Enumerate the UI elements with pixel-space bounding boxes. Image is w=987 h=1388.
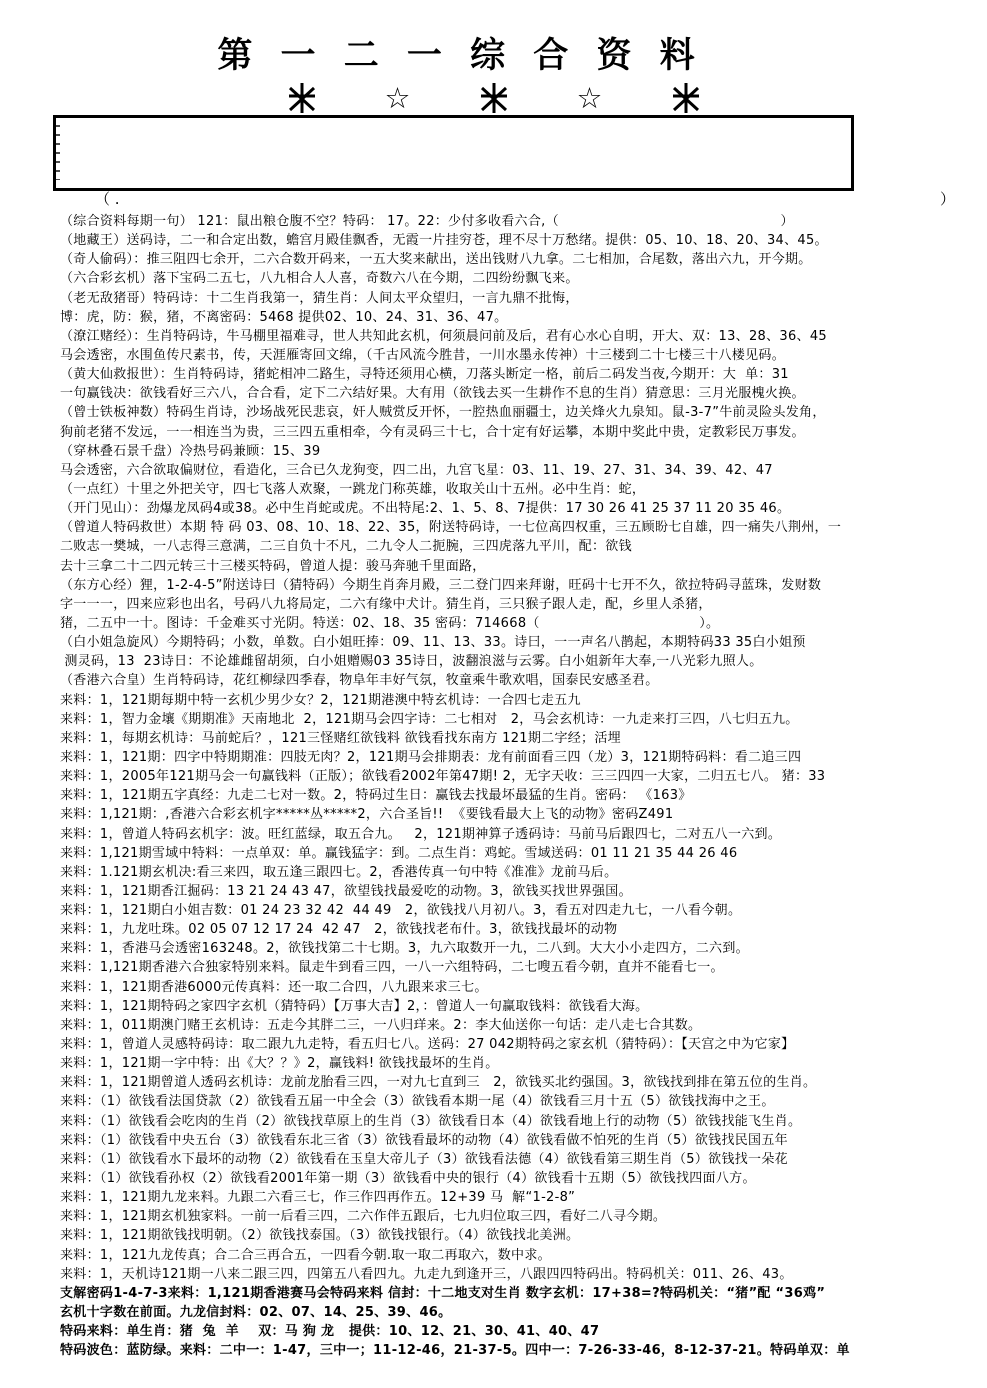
star-icon: ☆ bbox=[577, 83, 603, 113]
text-line: 来料：1，121期每期中特一玄机少男少女？2，121期港澳中特玄机诗：一合四七走… bbox=[60, 691, 980, 710]
text-line: 马会透密，六合欲取偏财位，看造化，三合已久龙狗变，四二出，九宫飞星：03、11、… bbox=[60, 461, 980, 480]
text-line: 来料：1，121九龙传真；合二合三再合五，一四看今朝.取一取二再取六，数中求。 bbox=[60, 1246, 980, 1265]
header-box bbox=[53, 115, 854, 191]
body-lines: （综合资料每期一句） 121：鼠出粮仓腹不空？特码： 17。22：少付多收看六合… bbox=[60, 212, 980, 1360]
text-line: 来料：（1）欲钱看水下最坏的动物（2）欲钱看在玉皇大帝儿子（3）欲钱看法德（4）… bbox=[60, 1150, 980, 1169]
open-paren: （ . bbox=[95, 190, 120, 208]
text-line: 二败志一樊城，一八志得三意满，二三自负十不凡，二九令人二扼腕，三四虎落九平川，配… bbox=[60, 537, 980, 556]
text-line: 来料：1,121期：,香港六合彩玄机字*****丛*****2，六合圣旨!! 《… bbox=[60, 805, 980, 824]
text-line: （地藏王）送码诗，二一和合定出数，蟾宫月殿佳飘香，无霞一片挂穷苍，理不尽十万愁绪… bbox=[60, 231, 980, 250]
text-line: （穿林叠石景千盘）冷热号码兼顾：15、39 bbox=[60, 442, 980, 461]
text-line: 测灵码，13 23诗日：不论雄雌留胡须，白小姐赠赐03 35诗日，波翻浪滋与云雾… bbox=[60, 652, 980, 671]
text-line: （黄大仙救报世）：生肖特码诗，猪蛇相冲二路生，寻特还须用心横，刀落头断定一格，前… bbox=[60, 365, 980, 384]
text-line: 来料：1，天机诗121期一八来二跟三四，四第五八看四九。九走九到逢开三，八跟四四… bbox=[60, 1265, 980, 1284]
text-line: （老无敌猪哥）特码诗：十二生肖我第一，猜生肖：人间太平众望归，一言九鼎不批悔， bbox=[60, 289, 980, 308]
text-line: 来料：（1）欲钱看会吃肉的生肖（2）欲钱找草原上的生肖（3）欲钱看日本（4）欲钱… bbox=[60, 1112, 980, 1131]
text-line: （开门见山）：劲爆龙凤码4或38。必中生肖蛇或虎。不出特尾:2、1、5、8、7提… bbox=[60, 499, 980, 518]
scan-artifact bbox=[56, 125, 60, 180]
text-line: 来料：1,121期雪域中特料：一点单双：单。赢钱猛字：到。二点生肖：鸡蛇。雪域送… bbox=[60, 844, 980, 863]
text-line: （曾道人特码救世）本期 特 码 03、08、10、18、22、35，附送特码诗，… bbox=[60, 518, 980, 537]
text-line: 字一一一，四来应彩也出名，号码八九将局定，二六有缘中犬计。猜生肖，三只猴子跟人走… bbox=[60, 595, 980, 614]
text-line: 来料：（1）欲钱看孙权（2）欲钱看2001年第一期（3）欲钱看中央的银行（4）欲… bbox=[60, 1169, 980, 1188]
text-line: 特码波色：蓝防绿。来料：二中一：1-47，三中一；11-12-46，21-37-… bbox=[60, 1341, 980, 1360]
text-line: 来料：1，曾道人特码玄机字：波。旺红蓝绿，取五合九。 2，121期神算子透码诗：… bbox=[60, 825, 980, 844]
page-title: 第 一 二 一 综 合 资 料 bbox=[0, 28, 920, 78]
text-line: 猪，二五中一十。图诗：千金难买寸光阴。特送：02、18、35 密码：714668… bbox=[60, 614, 980, 633]
text-line: 来料：1，每期玄机诗：马前蛇后？，121三怪赌红欲钱料 欲钱看找东南方 121期… bbox=[60, 729, 980, 748]
text-line: （曾士铁板神数）特码生肖诗，沙场战死民悲哀，奸人贼赏反开怀，一腔热血丽疆士，边关… bbox=[60, 403, 980, 422]
star-icon: ☆ bbox=[385, 83, 411, 113]
text-line: 来料：1，121期香港6000元传真料：还一取二合四，八九跟来求三七。 bbox=[60, 978, 980, 997]
asterisk-icon bbox=[671, 82, 701, 114]
text-line: 博：虎，防：猴，猪，不离密码：5468 提供02、10、24、31、36、47。 bbox=[60, 308, 980, 327]
text-line: 来料：1，九龙吐珠。02 05 07 12 17 24 42 47 2，欲钱找老… bbox=[60, 920, 980, 939]
text-line: 来料：1，121期九龙来料。九跟二六看三七，作三作四再作五。12+39 马 解“… bbox=[60, 1188, 980, 1207]
text-line: 狗前老猪不发远，一一相连当为贵，三三四五重相牵，今有灵码三十七，合十定有好运攀，… bbox=[60, 423, 980, 442]
asterisk-icon bbox=[287, 82, 317, 114]
text-line: 支解密码1-4-7-3来料：1,121期香港赛马会特码来料 信封：十二地支对生肖… bbox=[60, 1284, 980, 1303]
text-line: 来料：1,121期香港六合独家特别来料。鼠走牛到看三四，一八一六组特码，二七嗖五… bbox=[60, 958, 980, 977]
text-line: 来料：1，曾道人灵感特码诗：取二跟九九走特，看五归七八。送码：27 042期特码… bbox=[60, 1035, 980, 1054]
text-line: 来料：1，121期特码之家四字玄机（猜特码）【万事大吉】2，：曾道人一句赢取钱料… bbox=[60, 997, 980, 1016]
text-line: 来料：1，121期香江掘码：13 21 24 43 47，欲望钱找最爱吃的动物。… bbox=[60, 882, 980, 901]
text-line: （潦江赌经）：生肖特码诗，牛马棚里福难寻，世人共知此玄机，何须晨问前及后，君有心… bbox=[60, 327, 980, 346]
text-line: 特码来料：单生肖：猪 兔 羊 双：马 狗 龙 提供：10、12、21、30、41… bbox=[60, 1322, 980, 1341]
tip-sheet-page: 第 一 二 一 综 合 资 料 ☆ bbox=[0, 0, 987, 1388]
text-line: （白小姐急旋风）今期特码；小数，单数。白小姐旺捧：09、11、13、33。诗曰，… bbox=[60, 633, 980, 652]
text-line: （综合资料每期一句） 121：鼠出粮仓腹不空？特码： 17。22：少付多收看六合… bbox=[60, 212, 980, 231]
text-line: 来料：1，121期曾道人透码玄机诗：龙前龙胎看三四，一对九七直到三 2，欲钱买北… bbox=[60, 1073, 980, 1092]
text-line: 来料：1.121期玄机决:看三来四，取五逢三跟四七。2，香港传真一句中特《准准》… bbox=[60, 863, 980, 882]
under-box-paren-line: （ . ） bbox=[95, 190, 955, 208]
text-line: 来料：1，121期欲钱找明朝。（2）欲钱找泰国。（3）欲钱找银行。（4）欲钱找北… bbox=[60, 1226, 980, 1245]
text-line: 来料：1，智力金壤《期期准》天南地北 2，121期马会四字诗：二七相对 2，马会… bbox=[60, 710, 980, 729]
text-line: （东方心经）狸，1-2-4-5”附送诗曰（猜特码）今期生肖奔月殿，三二登门四来拜… bbox=[60, 576, 980, 595]
text-line: 来料：（1）欲钱看中央五台（3）欲钱看东北三省（3）欲钱看最坏的动物（4）欲钱看… bbox=[60, 1131, 980, 1150]
text-line: （香港六合皇）生肖特码诗，花红柳绿四季春，物阜年丰好气氛，牧童乘牛歌欢唱，国泰民… bbox=[60, 671, 980, 690]
text-line: 去十三拿二十二四元转三十三楼买特码，曾道人提：骏马奔驰千里面路， bbox=[60, 557, 980, 576]
text-line: 来料：1，121期一字中特：出《大？？》2，赢钱料! 欲钱找最坏的生肖。 bbox=[60, 1054, 980, 1073]
text-line: （一点红）十里之外把关守，四七飞落人欢聚，一跳龙门称英雄，收取关山十五州。必中生… bbox=[60, 480, 980, 499]
text-line: 来料：1，121期白小姐吉数：01 24 23 32 42 44 49 2，欲钱… bbox=[60, 901, 980, 920]
text-line: （六合彩玄机）落下宝码二五七，八九相合人人喜，奇数六八在今期，二四纷纷飘飞来。 bbox=[60, 269, 980, 288]
decor-symbol-row: ☆ ☆ bbox=[0, 80, 987, 116]
text-line: 一句赢钱决：欲钱看好三六八，合合看，定下二六结好果。大有用（欲钱去买一生耕作不息… bbox=[60, 384, 980, 403]
text-line: 来料：1，香港马会透密163248。2，欲钱找第二十七期。3，九六取数开一九，二… bbox=[60, 939, 980, 958]
text-line: （奇人偷码）：推三阻四七余开，二六合数开码来，一五大奖来献出，送出钱财八九拿。二… bbox=[60, 250, 980, 269]
text-line: 来料：1，121期五字真经：九走二七对一数。2，特码过生日：赢钱去找最坏最猛的生… bbox=[60, 786, 980, 805]
text-line: 来料：1，121期：四字中特期期准：四肢无肉？2，121期马会排期表：龙有前面看… bbox=[60, 748, 980, 767]
text-line: 玄机十字数在前面。九龙信封料：02、07、14、25、39、46。 bbox=[60, 1303, 980, 1322]
text-line: 来料：（1）欲钱看法国贷款（2）欲钱看五届一中全会（3）欲钱看本期一尾（4）欲钱… bbox=[60, 1092, 980, 1111]
text-line: 来料：1，2005年121期马会一句赢钱料（正版）；欲钱看2002年第47期! … bbox=[60, 767, 980, 786]
text-line: 来料：1，011期澳门赌王玄机诗：五走今其胖二三，一八归珜来。2：李大仙送你一句… bbox=[60, 1016, 980, 1035]
text-line: 来料：1，121期玄机独家料。一前一后看三四，二六作伴五跟后，七九归位取三四，看… bbox=[60, 1207, 980, 1226]
close-paren: ） bbox=[940, 190, 955, 208]
text-line: 马会透密，水围鱼传尺素书，传，天涯雁寄回文绵，（千古风流今胜昔，一川水墨永传神）… bbox=[60, 346, 980, 365]
asterisk-icon bbox=[479, 82, 509, 114]
